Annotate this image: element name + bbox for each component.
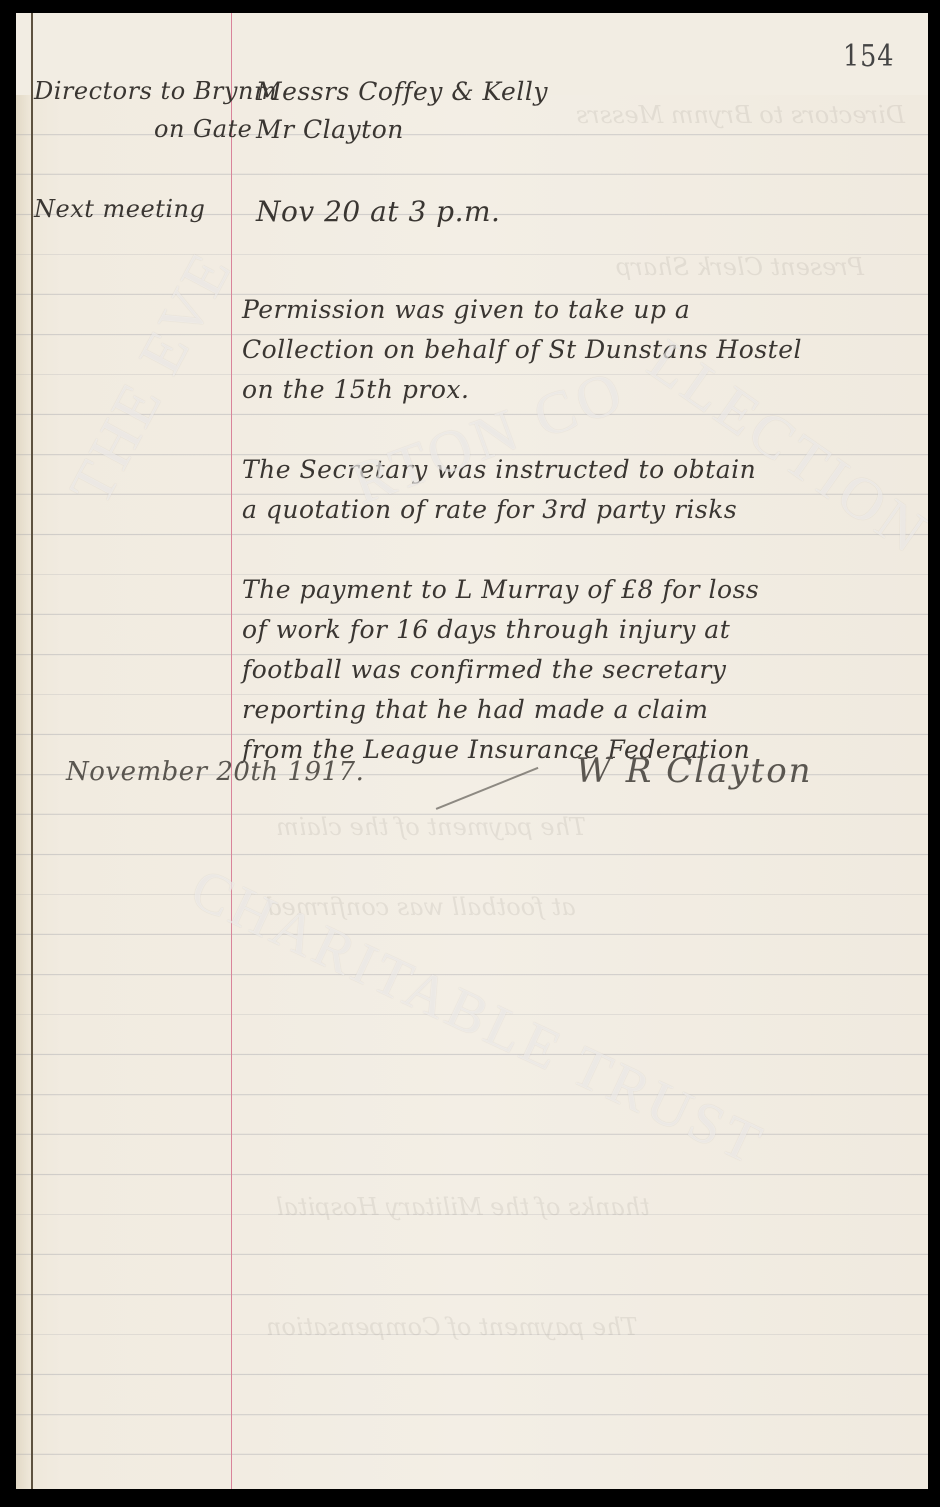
bleed-through-text: The payment of Compensation xyxy=(266,1313,638,1341)
entry-text: The Secretary was instructed to obtain xyxy=(242,455,756,484)
bleed-through-text: thanks of the Military Hospital xyxy=(276,1193,650,1221)
entry-text: Messrs Coffey & Kelly xyxy=(256,77,548,106)
entry-text: Permission was given to take up a xyxy=(242,295,690,324)
entry-text: reporting that he had made a claim xyxy=(242,695,709,724)
minutes-date: November 20th 1917. xyxy=(66,757,364,787)
binding-line xyxy=(31,13,33,1489)
bleed-through-text: The payment of the claim xyxy=(276,813,586,841)
bleed-through-text: at football was confirmed xyxy=(266,893,576,921)
entry-text: a quotation of rate for 3rd party risks xyxy=(242,495,737,524)
entry-text: of work for 16 days through injury at xyxy=(242,615,730,644)
margin-note-next-meeting: Next meeting xyxy=(34,195,205,223)
entry-text: Nov 20 at 3 p.m. xyxy=(256,195,500,228)
bleed-through-text: Present Clerk Sharp xyxy=(616,253,864,281)
entry-text: football was confirmed the secretary xyxy=(242,655,726,684)
margin-note-directors: Directors to Brynm xyxy=(34,77,277,105)
entry-text: The payment to L Murray of £8 for loss xyxy=(242,575,759,604)
red-margin-rule xyxy=(231,13,232,1489)
page-number: 154 xyxy=(843,39,894,74)
ledger-page: Directors to Brynm Messrs Present Clerk … xyxy=(16,13,928,1489)
margin-note-gate: on Gate xyxy=(154,115,252,143)
entry-text: on the 15th prox. xyxy=(242,375,469,404)
bleed-through-text: Directors to Brynm Messrs xyxy=(576,101,905,129)
entry-text: Collection on behalf of St Dunstans Host… xyxy=(242,335,802,364)
entry-text: Mr Clayton xyxy=(256,115,404,144)
signature: W R Clayton xyxy=(576,751,813,791)
